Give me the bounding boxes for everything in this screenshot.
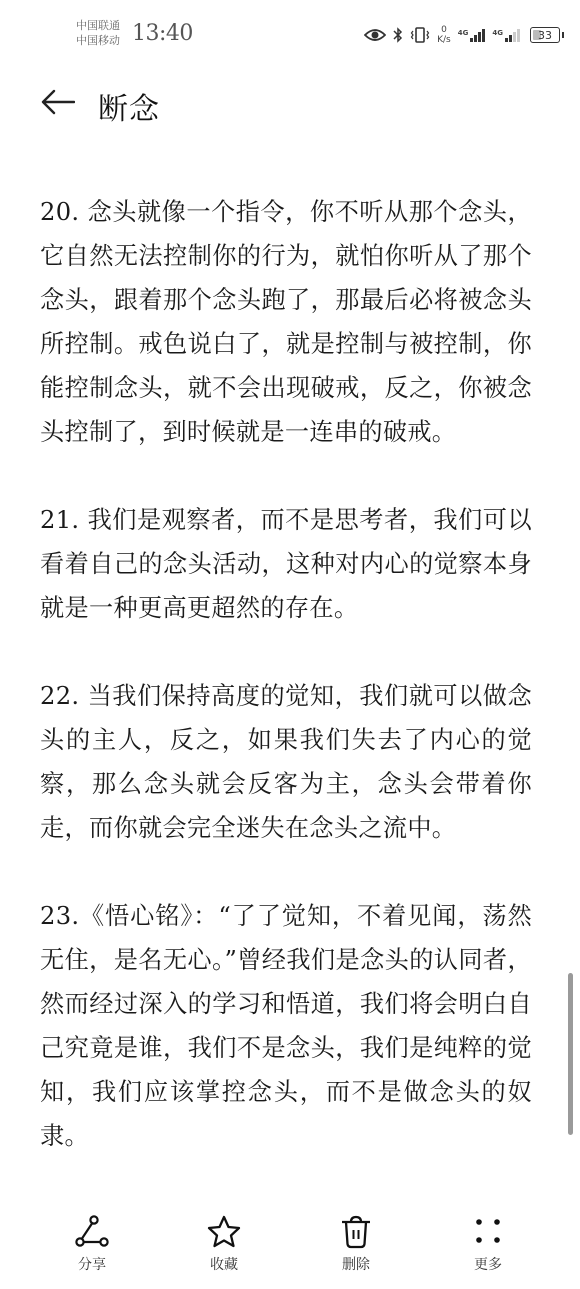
favorite-label: 收藏: [210, 1254, 238, 1274]
more-icon: [470, 1214, 506, 1250]
back-button[interactable]: [40, 86, 76, 122]
battery-icon: 33: [530, 27, 560, 43]
share-icon: [74, 1214, 110, 1250]
page-title: 断念: [98, 84, 160, 128]
more-button[interactable]: 更多: [448, 1214, 528, 1278]
share-button[interactable]: 分享: [52, 1214, 132, 1278]
network-speed-value: 0: [441, 25, 447, 35]
carrier-info: 中国联通 中国移动: [76, 18, 120, 48]
carrier-1: 中国联通: [76, 18, 120, 33]
eye-comfort-icon: [364, 28, 386, 42]
paragraph-23: 23.《悟心铭》：“了了觉知，不着见闻，荡然无住，是名无心。”曾经我们是念头的认…: [40, 894, 532, 1158]
delete-label: 删除: [342, 1254, 370, 1274]
sim2-signal-icon: 4G: [492, 29, 520, 42]
star-icon: [206, 1214, 242, 1250]
paragraph-21: 21. 我们是观察者，而不是思考者，我们可以看着自己的念头活动，这种对内心的觉察…: [40, 498, 532, 630]
scrollbar[interactable]: [568, 973, 573, 1135]
network-speed: 0 K/s: [437, 25, 451, 45]
battery-level: 33: [538, 29, 552, 42]
delete-button[interactable]: 删除: [316, 1214, 396, 1278]
clock: 13:40: [132, 21, 193, 46]
favorite-button[interactable]: 收藏: [184, 1214, 264, 1278]
app-header: 断念: [0, 76, 580, 136]
vibrate-icon: [410, 27, 430, 43]
paragraph-22: 22. 当我们保持高度的觉知，我们就可以做念头的主人，反之，如果我们失去了内心的…: [40, 674, 532, 850]
status-icons: 0 K/s 4G 4G 33: [364, 22, 560, 48]
trash-icon: [338, 1214, 374, 1250]
paragraph-20: 20. 念头就像一个指令，你不听从那个念头，它自然无法控制你的行为，就怕你听从了…: [40, 190, 532, 454]
bottom-toolbar: 分享 收藏 删除 更多: [0, 1200, 580, 1289]
share-label: 分享: [78, 1254, 106, 1274]
network-speed-unit: K/s: [437, 35, 451, 45]
sim1-signal-icon: 4G: [458, 29, 486, 42]
arrow-left-icon: [41, 89, 75, 119]
bluetooth-icon: [393, 27, 403, 43]
status-bar: 中国联通 中国移动 13:40 0 K/s 4G: [0, 0, 580, 60]
more-label: 更多: [474, 1254, 502, 1274]
carrier-2: 中国移动: [76, 33, 120, 48]
note-content: 20. 念头就像一个指令，你不听从那个念头，它自然无法控制你的行为，就怕你听从了…: [40, 190, 532, 1158]
note-detail-screen: 中国联通 中国移动 13:40 0 K/s 4G: [0, 0, 580, 1289]
